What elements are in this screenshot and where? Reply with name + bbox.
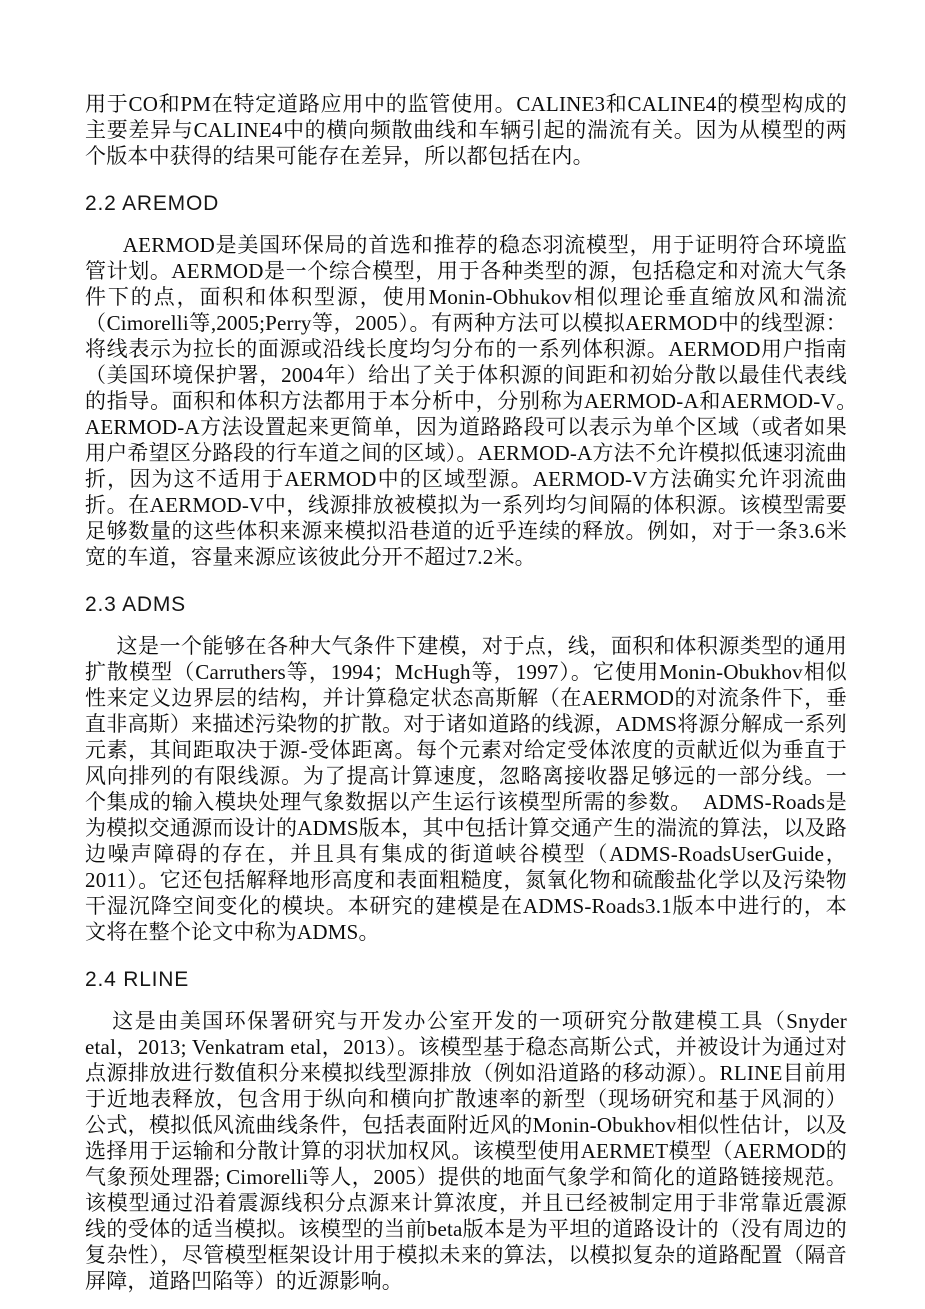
document-viewport: { "document": { "language": "zh-CN", "in… xyxy=(0,0,925,1309)
intro-paragraph: 用于CO和PM在特定道路应用中的监管使用。CALINE3和CALINE4的模型构… xyxy=(85,91,847,169)
document-page: 用于CO和PM在特定道路应用中的监管使用。CALINE3和CALINE4的模型构… xyxy=(85,91,847,1294)
section-heading-aremod: 2.2 AREMOD xyxy=(85,191,847,217)
section-body-rline: 这是由美国环保署研究与开发办公室开发的一项研究分散建模工具（Snyder eta… xyxy=(85,1008,847,1294)
section-body-adms: 这是一个能够在各种大气条件下建模，对于点，线，面积和体积源类型的通用扩散模型（C… xyxy=(85,633,847,945)
section-body-aremod: AERMOD是美国环保局的首选和推荐的稳态羽流模型，用于证明符合环境监管计划。A… xyxy=(85,232,847,570)
section-heading-adms: 2.3 ADMS xyxy=(85,592,847,618)
section-heading-rline: 2.4 RLINE xyxy=(85,967,847,993)
